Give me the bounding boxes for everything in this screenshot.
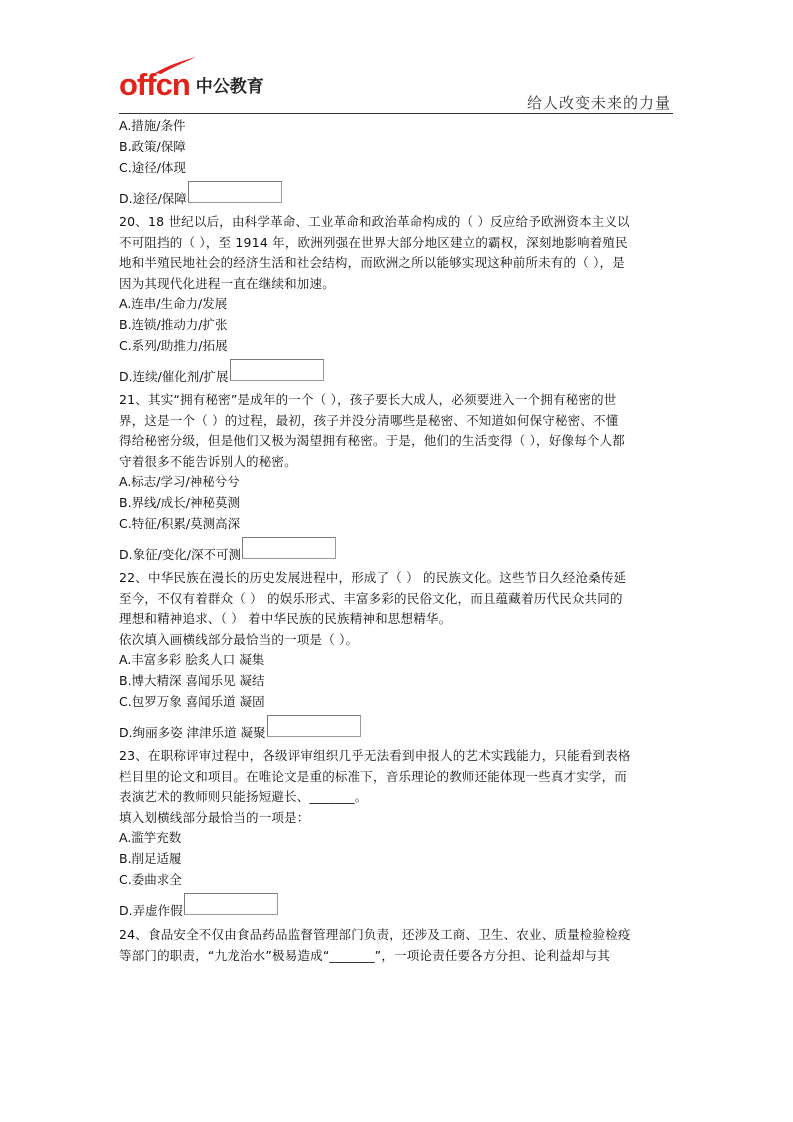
- page-header: offcn 中公教育 给人改变未来的力量: [119, 58, 673, 114]
- question-text-line: 因为其现代化进程一直在继续和加速。: [119, 274, 675, 295]
- question-text-line: 守着很多不能告诉别人的秘密。: [119, 452, 675, 473]
- document-body: A.措施/条件 B.政策/保障 C.途径/体现 D.途径/保障 20、18 世纪…: [119, 116, 675, 966]
- option-a: A.滥竽充数: [119, 828, 675, 849]
- answer-input-box[interactable]: [230, 359, 324, 381]
- question-text-line: 23、在职称评审过程中，各级评审组织几乎无法看到申报人的艺术实践能力，只能看到表…: [119, 746, 675, 767]
- option-a: A.措施/条件: [119, 116, 675, 137]
- option-a: A.连串/生命力/发展: [119, 294, 675, 315]
- question-text-line: 栏目里的论文和项目。在唯论文是重的标准下，音乐理论的教师还能体现一些真才实学，而: [119, 767, 675, 788]
- answer-input-box[interactable]: [188, 181, 282, 203]
- question-23-options: A.滥竽充数 B.削足适履 C.委曲求全 D.弄虚作假: [119, 828, 675, 921]
- question-text-line: 等部门的职责，“九龙治水”极易造成“_______”，一项论责任要各方分担、论利…: [119, 946, 675, 967]
- question-text-line: 21、其实“拥有秘密”是成年的一个（ ），孩子要长大成人，必须要进入一个拥有秘密…: [119, 390, 675, 411]
- option-c: C.包罗万象 喜闻乐道 凝固: [119, 692, 675, 713]
- option-b: B.削足适履: [119, 849, 675, 870]
- question-prompt: 填入划横线部分最恰当的一项是：: [119, 808, 675, 829]
- option-d-row: D.弄虚作假: [119, 891, 675, 921]
- question-text-line: 22、中华民族在漫长的历史发展进程中，形成了（ ） 的民族文化。这些节日久经沧桑…: [119, 568, 675, 589]
- question-text-line: 20、18 世纪以后，由科学革命、工业革命和政治革命构成的（ ）反应给予欧洲资本…: [119, 212, 675, 233]
- answer-input-box[interactable]: [184, 893, 278, 915]
- option-b: B.连锁/推动力/扩张: [119, 315, 675, 336]
- option-d: D.象征/变化/深不可测: [119, 545, 241, 566]
- question-20: 20、18 世纪以后，由科学革命、工业革命和政治革命构成的（ ）反应给予欧洲资本…: [119, 212, 675, 294]
- question-21-options: A.标志/学习/神秘兮兮 B.界线/成长/神秘莫测 C.特征/积累/莫测高深 D…: [119, 472, 675, 565]
- question-20-options: A.连串/生命力/发展 B.连锁/推动力/扩张 C.系列/助推力/拓展 D.连续…: [119, 294, 675, 387]
- option-d: D.绚丽多姿 津津乐道 凝聚: [119, 723, 266, 744]
- question-23: 23、在职称评审过程中，各级评审组织几乎无法看到申报人的艺术实践能力，只能看到表…: [119, 746, 675, 828]
- slogan: 给人改变未来的力量: [527, 92, 671, 113]
- option-d-row: D.象征/变化/深不可测: [119, 535, 675, 565]
- offcn-logo: offcn 中公教育: [119, 64, 264, 100]
- option-c: C.特征/积累/莫测高深: [119, 514, 675, 535]
- option-b: B.政策/保障: [119, 137, 675, 158]
- option-d-row: D.绚丽多姿 津津乐道 凝聚: [119, 713, 675, 743]
- option-d-row: D.途径/保障: [119, 179, 675, 209]
- option-d-row: D.连续/催化剂/扩展: [119, 357, 675, 387]
- option-b: B.博大精深 喜闻乐见 凝结: [119, 671, 675, 692]
- option-b: B.界线/成长/神秘莫测: [119, 493, 675, 514]
- answer-input-box[interactable]: [242, 537, 336, 559]
- question-text-line: 不可阻挡的（ ），至 1914 年，欧洲列强在世界大部分地区建立的霸权，深刻地影…: [119, 233, 675, 254]
- logo-wordmark: offcn: [119, 70, 190, 100]
- question-text-line: 表演艺术的教师则只能扬短避长、_______。: [119, 787, 675, 808]
- question-text-line: 得给秘密分级，但是他们又极为渴望拥有秘密。于是，他们的生活变得（ ），好像每个人…: [119, 431, 675, 452]
- question-text-line: 地和半殖民地社会的经济生活和社会结构，而欧洲之所以能够实现这种前所未有的（ ），…: [119, 253, 675, 274]
- logo-chinese-name: 中公教育: [196, 74, 264, 100]
- option-a: A.标志/学习/神秘兮兮: [119, 472, 675, 493]
- question-text-line: 界，这是一个（ ）的过程，最初，孩子并没分清哪些是秘密、不知道如何保守秘密、不懂: [119, 411, 675, 432]
- option-c: C.途径/体现: [119, 158, 675, 179]
- question-text-line: 至今，不仅有着群众（ ） 的娱乐形式、丰富多彩的民俗文化，而且蕴藏着历代民众共同…: [119, 589, 675, 610]
- option-c: C.系列/助推力/拓展: [119, 336, 675, 357]
- option-d: D.途径/保障: [119, 189, 187, 210]
- option-a: A.丰富多彩 脍炙人口 凝集: [119, 650, 675, 671]
- option-d: D.连续/催化剂/扩展: [119, 367, 229, 388]
- question-22-options: A.丰富多彩 脍炙人口 凝集 B.博大精深 喜闻乐见 凝结 C.包罗万象 喜闻乐…: [119, 650, 675, 743]
- answer-input-box[interactable]: [267, 715, 361, 737]
- option-c: C.委曲求全: [119, 870, 675, 891]
- option-d: D.弄虚作假: [119, 901, 183, 922]
- question-21: 21、其实“拥有秘密”是成年的一个（ ），孩子要长大成人，必须要进入一个拥有秘密…: [119, 390, 675, 472]
- question-19-options: A.措施/条件 B.政策/保障 C.途径/体现 D.途径/保障: [119, 116, 675, 209]
- logo-swoosh-icon: [153, 56, 197, 74]
- question-prompt: 依次填入画横线部分最恰当的一项是（ ）。: [119, 630, 675, 651]
- question-24: 24、食品安全不仅由食品药品监督管理部门负责，还涉及工商、卫生、农业、质量检验检…: [119, 925, 675, 966]
- question-text-line: 24、食品安全不仅由食品药品监督管理部门负责，还涉及工商、卫生、农业、质量检验检…: [119, 925, 675, 946]
- question-22: 22、中华民族在漫长的历史发展进程中，形成了（ ） 的民族文化。这些节日久经沧桑…: [119, 568, 675, 650]
- header-divider: [119, 113, 673, 114]
- question-text-line: 理想和精神追求、（ ） 着中华民族的民族精神和思想精华。: [119, 609, 675, 630]
